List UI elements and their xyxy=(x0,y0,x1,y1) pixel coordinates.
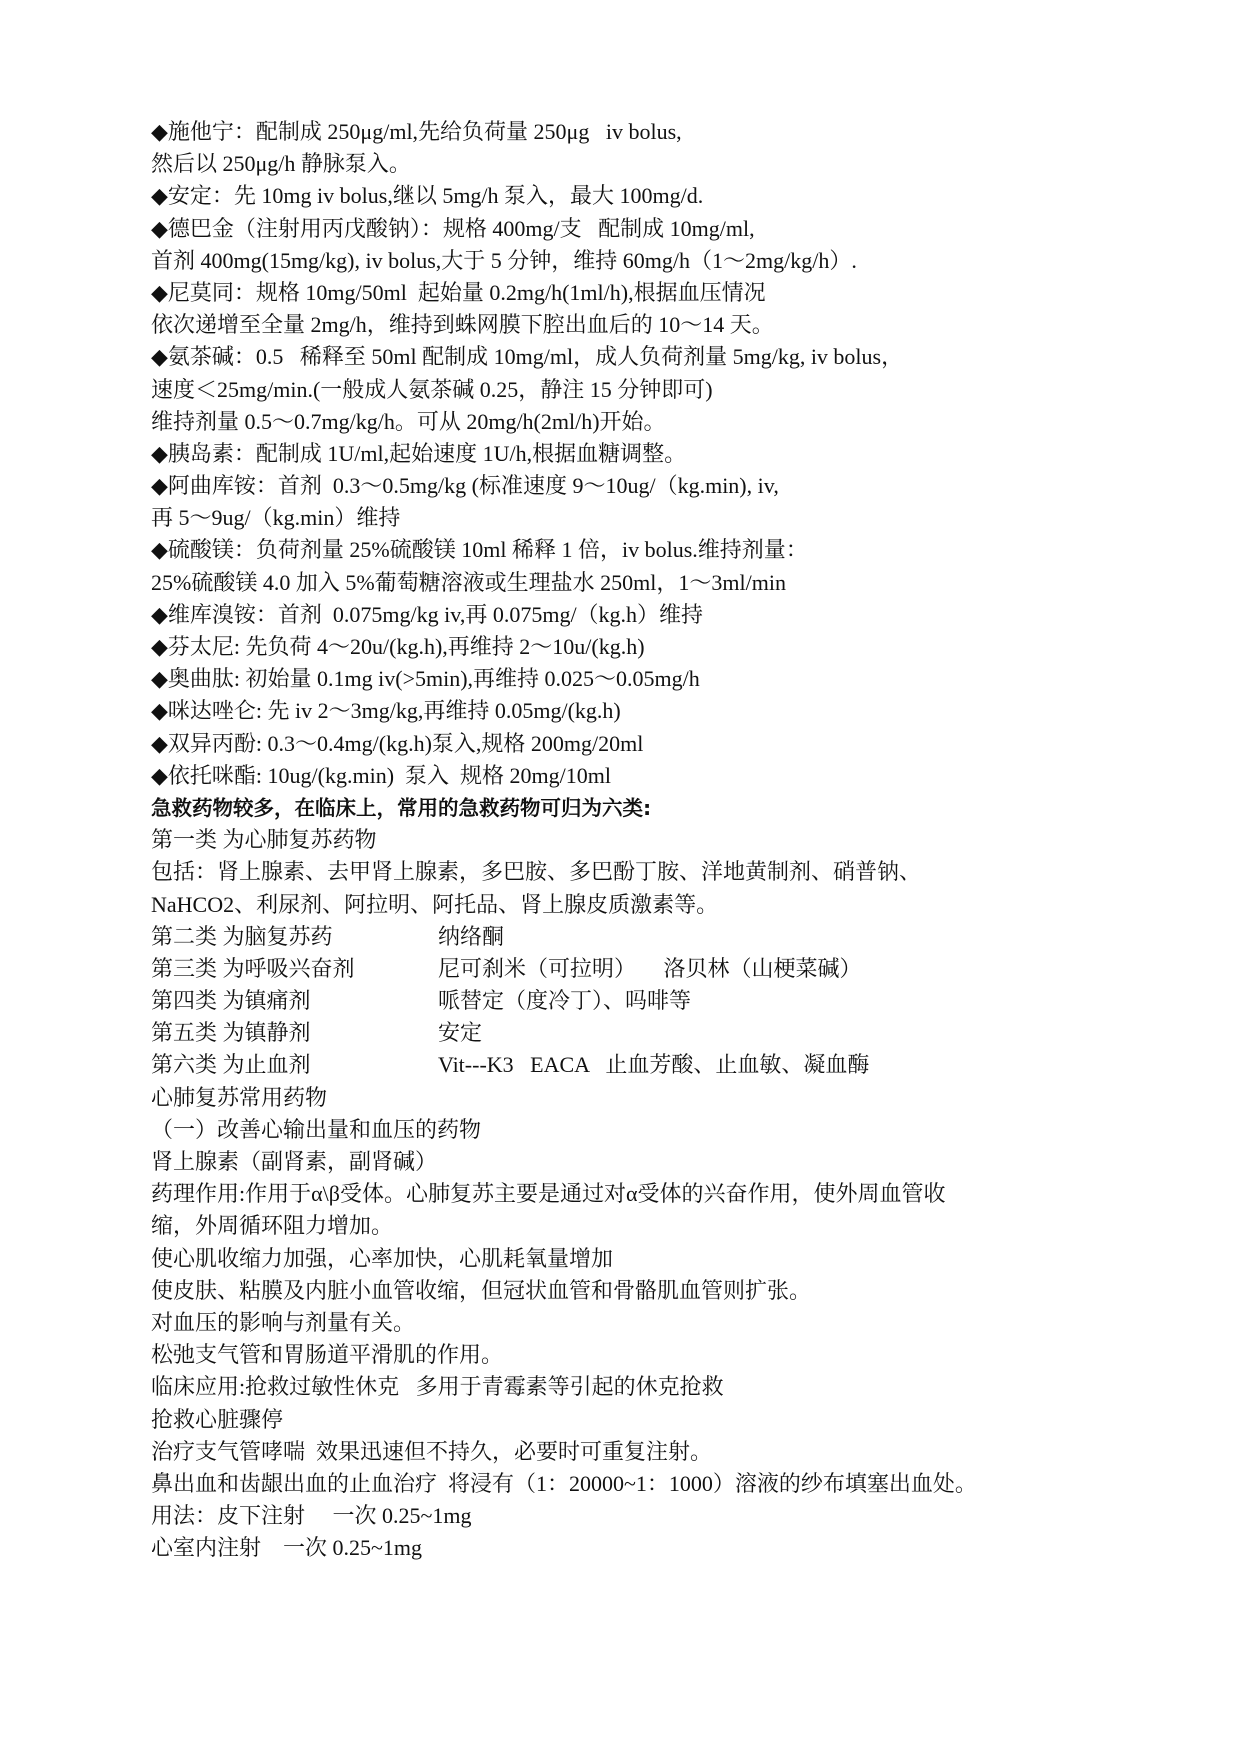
drug-entry-line: ◆安定：先 10mg iv bolus,继以 5mg/h 泵入，最大 100mg… xyxy=(151,180,1111,212)
cpr-text-line: 药理作用:作用于α\β受体。心肺复苏主要是通过对α受体的兴奋作用，使外周血管收 xyxy=(151,1178,1111,1210)
class-row: 第五类 为镇静剂 安定 xyxy=(151,1017,1111,1049)
cpr-drug-name: 肾上腺素（副肾素，副肾碱） xyxy=(151,1146,1111,1178)
class-row: 第三类 为呼吸兴奋剂 尼可刹米（可拉明） 洛贝林（山梗菜碱） xyxy=(151,953,1111,985)
class-drugs: 尼可刹米（可拉明） 洛贝林（山梗菜碱） xyxy=(438,953,862,985)
drug-entry-line: ◆双异丙酚: 0.3～0.4mg/(kg.h)泵入,规格 200mg/20ml xyxy=(151,728,1111,760)
cpr-text-line: 心室内注射 一次 0.25~1mg xyxy=(151,1532,1111,1564)
cpr-text-line: 使皮肤、粘膜及内脏小血管收缩，但冠状血管和骨骼肌血管则扩张。 xyxy=(151,1275,1111,1307)
drug-entry-line: ◆德巴金（注射用丙戊酸钠）：规格 400mg/支 配制成 10mg/ml, xyxy=(151,213,1111,245)
drug-entry-line: ◆咪达唑仑: 先 iv 2～3mg/kg,再维持 0.05mg/(kg.h) xyxy=(151,695,1111,727)
cpr-title: 心肺复苏常用药物 xyxy=(151,1082,1111,1114)
class-label: 第五类 为镇静剂 xyxy=(151,1017,438,1049)
class-row: 第六类 为止血剂 Vit---K3 EACA 止血芳酸、止血敏、凝血酶 xyxy=(151,1049,1111,1081)
cpr-text-line: 缩，外周循环阻力增加。 xyxy=(151,1210,1111,1242)
class-drugs: 安定 xyxy=(438,1017,482,1049)
cpr-text-line: 临床应用:抢救过敏性休克 多用于青霉素等引起的休克抢救 xyxy=(151,1371,1111,1403)
drug-entry-line: 依次递增至全量 2mg/h，维持到蛛网膜下腔出血后的 10～14 天。 xyxy=(151,309,1111,341)
drug-entry-line: ◆芬太尼: 先负荷 4～20u/(kg.h),再维持 2～10u/(kg.h) xyxy=(151,631,1111,663)
cpr-text-line: 用法：皮下注射 一次 0.25~1mg xyxy=(151,1500,1111,1532)
class-label: 第四类 为镇痛剂 xyxy=(151,985,438,1017)
cpr-text-line: 松弛支气管和胃肠道平滑肌的作用。 xyxy=(151,1339,1111,1371)
drug-entry-line: ◆氨茶碱：0.5 稀释至 50ml 配制成 10mg/ml，成人负荷剂量 5mg… xyxy=(151,341,1111,373)
drug-entry-line: ◆施他宁：配制成 250μg/ml,先给负荷量 250μg iv bolus, xyxy=(151,116,1111,148)
cpr-text-line: 抢救心脏骤停 xyxy=(151,1404,1111,1436)
cpr-text-line: 使心肌收缩力加强，心率加快，心肌耗氧量增加 xyxy=(151,1243,1111,1275)
emergency-drug-classes: 第一类 为心肺复苏药物 包括：肾上腺素、去甲肾上腺素，多巴胺、多巴酚丁胺、洋地黄… xyxy=(151,824,1111,1082)
drug-pump-list: ◆施他宁：配制成 250μg/ml,先给负荷量 250μg iv bolus, … xyxy=(151,116,1111,792)
drug-entry-line: 首剂 400mg(15mg/kg), iv bolus,大于 5 分钟，维持 6… xyxy=(151,245,1111,277)
drug-entry-line: ◆胰岛素：配制成 1U/ml,起始速度 1U/h,根据血糖调整。 xyxy=(151,438,1111,470)
document-page: ◆施他宁：配制成 250μg/ml,先给负荷量 250μg iv bolus, … xyxy=(151,116,1111,1564)
class-drugs: 纳络酮 xyxy=(438,921,504,953)
drug-entry-line: ◆维库溴铵：首剂 0.075mg/kg iv,再 0.075mg/（kg.h）维… xyxy=(151,599,1111,631)
drug-entry-line: ◆奥曲肽: 初始量 0.1mg iv(>5min),再维持 0.025～0.05… xyxy=(151,663,1111,695)
drug-entry-line: 然后以 250μg/h 静脉泵入。 xyxy=(151,148,1111,180)
cpr-subtitle: （一）改善心输出量和血压的药物 xyxy=(151,1114,1111,1146)
drug-entry-line: ◆硫酸镁：负荷剂量 25%硫酸镁 10ml 稀释 1 倍，iv bolus.维持… xyxy=(151,534,1111,566)
class-drugs: Vit---K3 EACA 止血芳酸、止血敏、凝血酶 xyxy=(438,1049,869,1081)
drug-entry-line: 25%硫酸镁 4.0 加入 5%葡萄糖溶液或生理盐水 250ml，1～3ml/m… xyxy=(151,567,1111,599)
drug-entry-line: 再 5～9ug/（kg.min）维持 xyxy=(151,502,1111,534)
class-label: 第二类 为脑复苏药 xyxy=(151,921,438,953)
cpr-text-line: 对血压的影响与剂量有关。 xyxy=(151,1307,1111,1339)
class-row: 第二类 为脑复苏药 纳络酮 xyxy=(151,921,1111,953)
section-heading: 急救药物较多，在临床上，常用的急救药物可归为六类: xyxy=(151,792,1111,824)
cpr-text-line: 治疗支气管哮喘 效果迅速但不持久，必要时可重复注射。 xyxy=(151,1436,1111,1468)
class-label: 第六类 为止血剂 xyxy=(151,1049,438,1081)
drug-entry-line: ◆阿曲库铵：首剂 0.3～0.5mg/kg (标准速度 9～10ug/（kg.m… xyxy=(151,470,1111,502)
drug-entry-line: 速度＜25mg/min.(一般成人氨茶碱 0.25，静注 15 分钟即可) xyxy=(151,374,1111,406)
class-includes: 包括：肾上腺素、去甲肾上腺素，多巴胺、多巴酚丁胺、洋地黄制剂、硝普钠、 xyxy=(151,856,1111,888)
class-drugs: 哌替定（度冷丁）、吗啡等 xyxy=(438,985,691,1017)
cpr-text-line: 鼻出血和齿龈出血的止血治疗 将浸有（1：20000~1：1000）溶液的纱布填塞… xyxy=(151,1468,1111,1500)
class-row: 第四类 为镇痛剂 哌替定（度冷丁）、吗啡等 xyxy=(151,985,1111,1017)
cpr-drugs-section: 心肺复苏常用药物 （一）改善心输出量和血压的药物 肾上腺素（副肾素，副肾碱） 药… xyxy=(151,1082,1111,1565)
drug-entry-line: 维持剂量 0.5～0.7mg/kg/h。可从 20mg/h(2ml/h)开始。 xyxy=(151,406,1111,438)
drug-entry-line: ◆依托咪酯: 10ug/(kg.min) 泵入 规格 20mg/10ml xyxy=(151,760,1111,792)
class-label: 第三类 为呼吸兴奋剂 xyxy=(151,953,438,985)
class-label: 第一类 为心肺复苏药物 xyxy=(151,824,1111,856)
drug-entry-line: ◆尼莫同：规格 10mg/50ml 起始量 0.2mg/h(1ml/h),根据血… xyxy=(151,277,1111,309)
class-includes: NaHCO2、利尿剂、阿拉明、阿托品、肾上腺皮质激素等。 xyxy=(151,889,1111,921)
